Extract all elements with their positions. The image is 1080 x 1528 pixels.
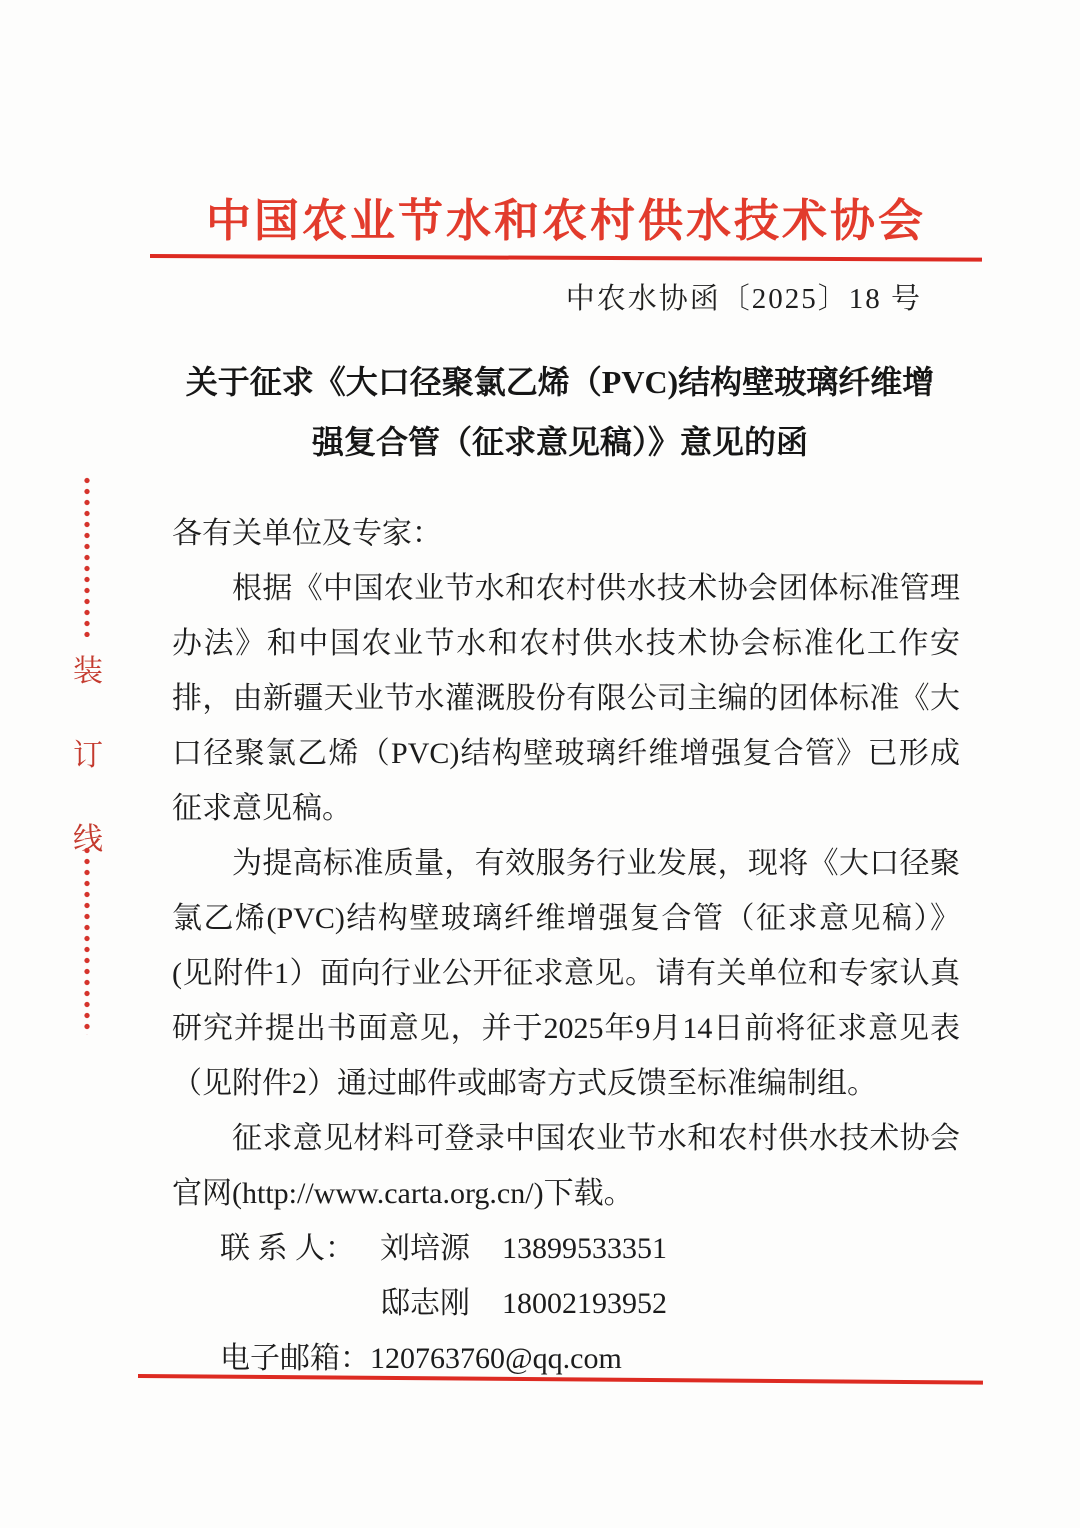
document-number: 中农水协函〔2025〕18 号 <box>566 276 922 317</box>
contact1-phone: 13899533351 <box>502 1232 667 1265</box>
contact1-name: 刘培源 <box>380 1232 470 1265</box>
contact-row-2: 邸志刚18002193952 <box>172 1276 960 1331</box>
document-page: 装 订 线 中国农业节水和农村供水技术协会 中农水协函〔2025〕18 号 关于… <box>0 0 1080 1528</box>
binding-char-ding: 订 <box>70 730 106 774</box>
contact2-name: 邸志刚 <box>380 1287 470 1320</box>
contact-label: 联 系 人： <box>220 1221 380 1276</box>
organization-name: 中国农业节水和农村供水技术协会 <box>150 184 982 249</box>
paragraph-3: 征求意见材料可登录中国农业节水和农村供水技术协会官网(http://www.ca… <box>172 1111 960 1221</box>
binding-dotted-line-bottom <box>84 845 90 1035</box>
document-title: 关于征求《大口径聚氯乙烯（PVC)结构壁玻璃纤维增 强复合管（征求意见稿）》意见… <box>100 352 1020 472</box>
letterhead-rule <box>150 254 982 262</box>
email-address: 120763760@qq.com <box>370 1342 622 1375</box>
letter-body: 各有关单位及专家： 根据《中国农业节水和农村供水技术协会团体标准管理办法》和中国… <box>172 506 960 1386</box>
binding-char-zhuang: 装 <box>70 646 106 690</box>
email-label: 电子邮箱： <box>220 1342 370 1375</box>
contact2-phone: 18002193952 <box>502 1287 667 1320</box>
salutation: 各有关单位及专家： <box>172 506 960 561</box>
binding-dotted-line-top <box>84 475 90 637</box>
paragraph-1: 根据《中国农业节水和农村供水技术协会团体标准管理办法》和中国农业节水和农村供水技… <box>172 561 960 836</box>
document-title-line2: 强复合管（征求意见稿）》意见的函 <box>100 412 1020 472</box>
document-title-line1: 关于征求《大口径聚氯乙烯（PVC)结构壁玻璃纤维增 <box>100 352 1020 412</box>
contact-row-1: 联 系 人：刘培源13899533351 <box>172 1221 960 1276</box>
paragraph-2: 为提高标准质量，有效服务行业发展，现将《大口径聚氯乙烯(PVC)结构壁玻璃纤维增… <box>172 836 960 1111</box>
